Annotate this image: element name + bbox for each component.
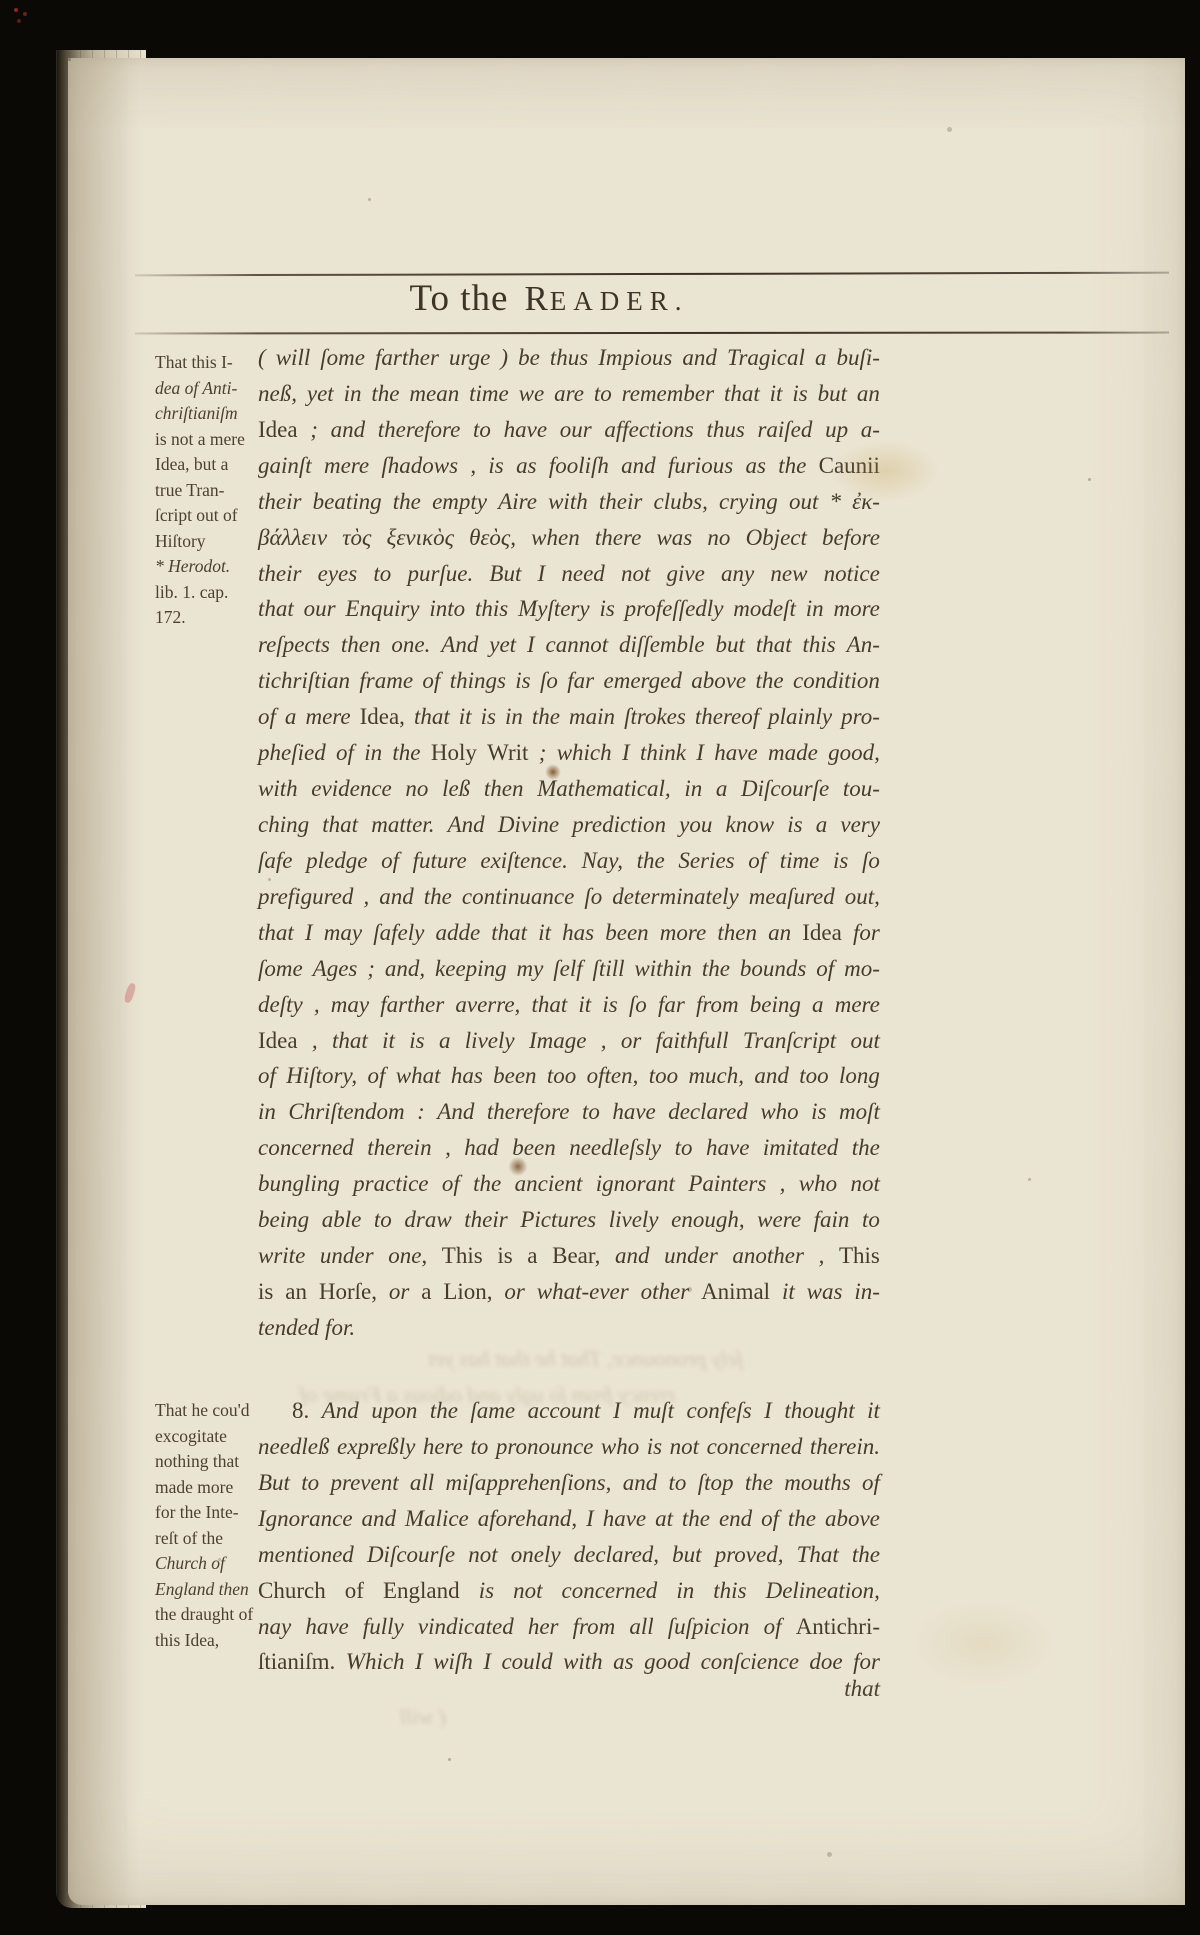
text-line: inChriſtendom:Andthereforetohavedeclared… (258, 1099, 880, 1135)
word: therefore (487, 1099, 570, 1125)
word: give (667, 561, 705, 587)
word: all (629, 1614, 653, 1640)
text-line: neß,yetinthemeantimewearetorememberthati… (258, 381, 880, 417)
word: exiſtence. (480, 848, 567, 874)
word: it (459, 704, 472, 730)
word: and (361, 1506, 396, 1532)
word: had (464, 1135, 499, 1161)
word: Nay, (581, 848, 623, 874)
word: not (670, 1434, 699, 1460)
word: , (445, 1135, 451, 1161)
word: too (799, 1063, 828, 1089)
word: Antichri- (796, 1614, 880, 1640)
word: lively (609, 1207, 659, 1233)
word: able (322, 1207, 362, 1233)
word: my (516, 956, 543, 982)
word: diſſemble (619, 632, 705, 658)
word: a (816, 812, 828, 838)
text-line: ſomeAges;and,keepingmyſelfſtillwithinthe… (258, 956, 880, 992)
word: Idea (802, 920, 842, 946)
word: Delineation, (766, 1578, 880, 1604)
word: were (757, 1207, 801, 1233)
word: have (612, 1099, 655, 1125)
word: long (839, 1063, 880, 1089)
word: of (336, 740, 354, 766)
word: the (702, 956, 730, 982)
margin-note-line: That this I- (155, 352, 255, 378)
word: mean (409, 381, 459, 407)
word: and (682, 345, 717, 371)
word: then (717, 920, 757, 946)
text-line: thatourEnquiryintothisMyſteryisprofeſſed… (258, 596, 880, 632)
word: far (567, 668, 594, 694)
word: bounds (740, 956, 806, 982)
word: her (528, 1614, 559, 1640)
text-line: thatImayſafelyaddethatithasbeenmorethena… (258, 920, 880, 956)
word: is (602, 992, 617, 1018)
word: may (324, 920, 362, 946)
word: imitated (763, 1135, 838, 1161)
red-margin-mark (123, 982, 137, 1003)
word: could (501, 1649, 552, 1675)
word: been (493, 1063, 536, 1089)
text-line: 8.AndupontheſameaccountImuſtconfeſsIthou… (258, 1398, 880, 1434)
word: is (488, 453, 503, 479)
word: deſty (258, 992, 303, 1018)
word: this (803, 632, 836, 658)
word: Painters (688, 1171, 766, 1197)
word: there (595, 525, 641, 551)
word: concerned (562, 1578, 658, 1604)
word: thus (550, 345, 588, 371)
catchword: that (258, 1676, 880, 1702)
word: Horſe, (319, 1279, 377, 1305)
text-line: Buttopreventallmiſapprehenſions,andtoſto… (258, 1470, 880, 1506)
margin-note-1: That this I-dea of Anti-chriſtianiſmis n… (155, 352, 255, 633)
word: But (489, 561, 521, 587)
text-line: ſafepledgeoffutureexiſtence.Nay,theSerie… (258, 848, 880, 884)
margin-note-line: ſcript out of (155, 505, 255, 531)
word: or (504, 1279, 524, 1305)
word: I (696, 740, 704, 766)
word: cannot (546, 632, 609, 658)
margin-note-line: made more (155, 1477, 255, 1503)
word: our (560, 417, 592, 443)
word: as (613, 1649, 633, 1675)
word: is (599, 596, 614, 622)
word: we (519, 381, 545, 407)
word: of (442, 1171, 460, 1197)
word: their (599, 489, 642, 515)
text-line: IgnoranceandMaliceaforehand,Ihaveattheen… (258, 1506, 880, 1542)
word: to (373, 561, 391, 587)
word: ſafe (258, 848, 293, 874)
word: that (322, 812, 358, 838)
word: ſo (540, 668, 558, 694)
word: or (389, 1279, 409, 1305)
word: that (531, 992, 567, 1018)
word: then (484, 776, 524, 802)
word: Idea, (360, 704, 405, 730)
word: have (603, 1506, 646, 1532)
word: ξενικὸς (387, 525, 454, 551)
word: in (684, 776, 702, 802)
stain (908, 1598, 1058, 1688)
scan-background: To theREADER. ſely pronounce, That he th… (0, 0, 1200, 1935)
word: declared (668, 1099, 748, 1125)
word: Bear, (552, 1243, 600, 1269)
word: ſo (862, 848, 880, 874)
text-line: tichriſtianframeofthingsisſofaremergedab… (258, 668, 880, 704)
word: ; (539, 740, 547, 766)
word: in (505, 704, 523, 730)
word: have (305, 1614, 348, 1640)
word: is (515, 668, 530, 694)
word: Myſtery (518, 596, 590, 622)
title-prefix: To the (409, 278, 508, 319)
word: it (382, 1028, 395, 1054)
word: aforehand, (478, 1506, 577, 1532)
word: Animal (701, 1279, 770, 1305)
word: muſt (633, 1398, 674, 1424)
word: to (862, 1207, 880, 1233)
text-line: prefigured,andthecontinuanceſodeterminat… (258, 884, 880, 920)
word: farther (380, 992, 444, 1018)
word: of (422, 668, 440, 694)
word: being (750, 992, 801, 1018)
word: no (707, 525, 730, 551)
word: in (258, 1099, 276, 1125)
word: plainly (768, 704, 832, 730)
word: I (527, 632, 535, 658)
word: the (532, 704, 560, 730)
word: all (410, 1470, 434, 1496)
word: Divine (498, 812, 559, 838)
word: time (780, 848, 820, 874)
word: That (797, 1542, 839, 1568)
word: mere (835, 992, 880, 1018)
word: who (760, 1099, 798, 1125)
word: continuance (462, 884, 574, 910)
word: in (344, 381, 362, 407)
word: one. (391, 632, 430, 658)
word: and (754, 1063, 789, 1089)
word: their (464, 1207, 507, 1233)
word: this (713, 1578, 746, 1604)
word: therefore (378, 417, 461, 443)
margin-note-line: the draught of (155, 1604, 255, 1630)
margin-note-line: * Herodot. (155, 556, 255, 582)
word: Idea (258, 1028, 298, 1054)
word: I (764, 1398, 772, 1424)
word: have (504, 417, 547, 443)
word: and (331, 417, 366, 443)
word: fully (363, 1614, 404, 1640)
word: And (448, 812, 485, 838)
word: ſame (470, 1398, 515, 1424)
word: I (305, 920, 313, 946)
word: the (852, 1135, 880, 1161)
margin-note-line: dea of Anti- (155, 378, 255, 404)
text-line: pheſiedofintheHolyWrit;whichIthinkIhavem… (258, 740, 880, 776)
header-rule-bottom (135, 332, 1169, 335)
word: therein (367, 1135, 431, 1161)
word: of (761, 1506, 779, 1532)
margin-note-line: 172. (155, 607, 255, 633)
word: yet (307, 381, 334, 407)
word: to (669, 1470, 687, 1496)
word: Enquiry (345, 596, 419, 622)
word: vindicated (418, 1614, 514, 1640)
word: from (573, 1614, 616, 1640)
text-line: Idea,thatitisalivelyImage,orfaithfullTra… (258, 1028, 880, 1064)
word: concerned (707, 1434, 803, 1460)
word: enough, (671, 1207, 744, 1233)
word: are (554, 381, 584, 407)
word: and (621, 453, 656, 479)
word: is (647, 1434, 662, 1460)
word: from (696, 992, 739, 1018)
word: for (853, 920, 880, 946)
word: good (644, 1649, 690, 1675)
text-line: ChurchofEnglandisnotconcernedinthisDelin… (258, 1578, 880, 1614)
word: Idea (258, 417, 298, 443)
word: evidence (311, 776, 391, 802)
word: profeſſedly (625, 596, 724, 622)
word: faithfull (656, 1028, 729, 1054)
margin-note-line: Church of (155, 1553, 255, 1579)
margin-note-line: lib. 1. cap. (155, 582, 255, 608)
word: Series (678, 848, 734, 874)
word: not (621, 561, 650, 587)
word: ; (310, 417, 318, 443)
word: Lion, (443, 1279, 492, 1305)
text-line: beingabletodrawtheirPictureslivelyenough… (258, 1207, 880, 1243)
word: any (721, 561, 754, 587)
word: 8. (292, 1398, 309, 1424)
text-line: nayhavefullyvindicatedherfromallſuſpicio… (258, 1614, 880, 1650)
word: thus (706, 417, 744, 443)
word: main (569, 704, 615, 730)
word: that (332, 1028, 368, 1054)
word: England (383, 1578, 460, 1604)
word: remember (622, 381, 714, 407)
word: keeping (435, 956, 507, 982)
word: pronounce (496, 1434, 594, 1460)
margin-note-line: nothing that (155, 1451, 255, 1477)
word: is (792, 381, 807, 407)
word: frame (359, 668, 413, 694)
word: thereof (695, 704, 759, 730)
word: clubs, (654, 489, 708, 515)
word: write (258, 1243, 305, 1269)
text-line: writeunderone,ThisisaBear,andunderanothe… (258, 1243, 880, 1279)
word: Tragical (727, 345, 805, 371)
word: what-ever (537, 1279, 629, 1305)
bleedthrough-text: ( will (400, 1704, 446, 1730)
text-line: bunglingpracticeoftheancientignorantPain… (258, 1171, 880, 1207)
word: moſt (839, 1099, 880, 1125)
word: much, (688, 1063, 744, 1089)
word: , (314, 992, 320, 1018)
word: a- (861, 417, 880, 443)
word: is (409, 1028, 424, 1054)
word: Impious (598, 345, 672, 371)
word: But (258, 1470, 290, 1496)
word: ſtianiſm. (258, 1649, 335, 1675)
word: pro- (841, 704, 880, 730)
corner-ink-marks (14, 8, 18, 12)
word: and, (385, 956, 425, 982)
word: mere (305, 704, 350, 730)
word: fain (814, 1207, 850, 1233)
word: emerged (604, 668, 682, 694)
word: future (413, 848, 467, 874)
word: * (830, 489, 842, 515)
word: the (430, 1398, 458, 1424)
word: mouths (784, 1470, 850, 1496)
word: ſafely (373, 920, 424, 946)
word: Diſcourſe (367, 1542, 455, 1568)
word: their (258, 489, 301, 515)
word: more (660, 920, 706, 946)
text-line: βάλλειντὸςξενικὸςθεὸς,whentherewasnoObje… (258, 525, 880, 561)
word: no (405, 776, 428, 802)
text-line: concernedtherein,hadbeenneedleſslytohave… (258, 1135, 880, 1171)
word: more (833, 596, 879, 622)
word: the (682, 1506, 710, 1532)
word: wiſh (433, 1649, 473, 1675)
title-word: EADER. (550, 286, 689, 316)
word: , (819, 1243, 825, 1269)
word: an (768, 920, 791, 946)
text-line: Idea;andthereforetohaveouraffectionsthus… (258, 417, 880, 453)
word: to (675, 1135, 693, 1161)
word: θεὸς, (469, 525, 516, 551)
word: ſome (258, 956, 303, 982)
word: and (379, 884, 414, 910)
word: to (301, 1470, 319, 1496)
word: tichriſtian (258, 668, 350, 694)
word: practice (353, 1171, 428, 1197)
word: in (806, 596, 824, 622)
word: I (613, 1398, 621, 1424)
word: ἐκ- (852, 489, 880, 515)
word: pheſied (258, 740, 326, 766)
word: the (371, 381, 399, 407)
word: meaſured (749, 884, 835, 910)
word: farther (375, 345, 439, 371)
word: the (756, 668, 784, 694)
word: onely (511, 1542, 561, 1568)
word: , (363, 884, 369, 910)
word: is (479, 1578, 494, 1604)
word: and (623, 1470, 658, 1496)
word: that (414, 704, 450, 730)
word: purſue. (407, 561, 473, 587)
word: ſtop (698, 1470, 734, 1496)
word: τὸς (342, 525, 371, 551)
word: not (513, 1578, 542, 1604)
word: the (778, 453, 806, 479)
text-line: theireyestopurſue.ButIneednotgiveanynewn… (258, 561, 880, 597)
word: Pictures (520, 1207, 596, 1233)
word: into (429, 596, 465, 622)
word: prevent (330, 1470, 398, 1496)
word: been (605, 920, 648, 946)
word: gainſt (258, 453, 312, 479)
word: affections (604, 417, 693, 443)
word: the (637, 848, 665, 874)
word: that (258, 920, 294, 946)
word: And (322, 1398, 359, 1424)
margin-note-line: excogitate (155, 1426, 255, 1452)
word: miſapprehenſions, (446, 1470, 612, 1496)
word: an (285, 1279, 307, 1305)
word: is (811, 1099, 826, 1125)
word: beating (313, 489, 382, 515)
word: but (716, 632, 745, 658)
word: declared, (574, 1542, 659, 1568)
text-line: withevidencenoleßthenMathematical,inaDiſ… (258, 776, 880, 812)
word: who (601, 1434, 639, 1460)
word: a (421, 1279, 431, 1305)
word: prediction (572, 812, 666, 838)
word: concerned (258, 1135, 354, 1161)
word: fooliſh (549, 453, 609, 479)
word: And (441, 632, 478, 658)
word: buſi- (837, 345, 880, 371)
word: that (258, 596, 294, 622)
word: , (780, 1171, 786, 1197)
word: be (518, 345, 540, 371)
word: need (561, 561, 604, 587)
word: an (857, 381, 880, 407)
word: but (818, 381, 847, 407)
word: have (706, 1135, 749, 1161)
word: as (516, 453, 536, 479)
word: with (563, 1649, 603, 1675)
word: Church (258, 1578, 326, 1604)
word: too (547, 1063, 576, 1089)
word: that (724, 381, 760, 407)
word: Ages (313, 956, 358, 982)
word: is (787, 812, 802, 838)
word: of (381, 848, 399, 874)
word: ſuſpicion (668, 1614, 750, 1640)
word: often, (587, 1063, 639, 1089)
word: ) (500, 345, 508, 371)
word: this (475, 596, 508, 622)
word: the (473, 1171, 501, 1197)
text-line: mentionedDiſcourſenotonelydeclared,butpr… (258, 1542, 880, 1578)
word: not (851, 1171, 880, 1197)
word: of (258, 1063, 276, 1089)
word: under (664, 1243, 718, 1269)
word: to (582, 1099, 600, 1125)
word: under (320, 1243, 374, 1269)
word: the (852, 1542, 880, 1568)
word: out, (845, 884, 880, 910)
word: was (656, 525, 692, 551)
book-page: To theREADER. ſely pronounce, That he th… (68, 58, 1185, 1905)
word: made (768, 740, 818, 766)
word: of (862, 1470, 880, 1496)
word: with (258, 776, 298, 802)
word: pledge (306, 848, 367, 874)
word: matter. (371, 812, 434, 838)
word: upon (371, 1398, 417, 1424)
